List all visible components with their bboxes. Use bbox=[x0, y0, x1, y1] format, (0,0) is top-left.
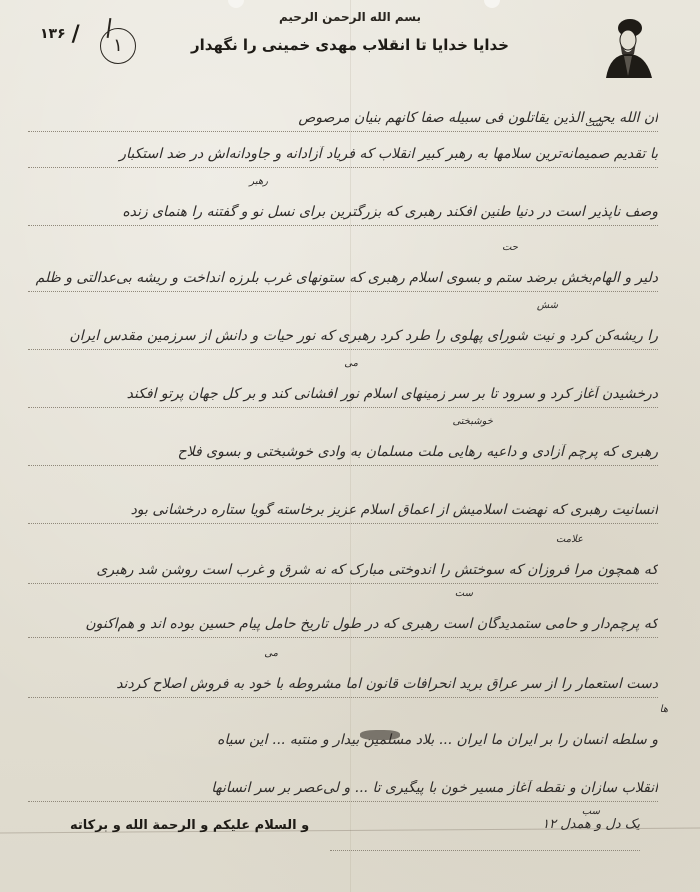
dotted-rule bbox=[28, 637, 658, 638]
letter-line-text: دلیر و الهام‌بخش برضد ستم و بسوی اسلام ر… bbox=[28, 270, 658, 286]
letter-page: بسم الله الرحمن الرحیم خدایا خدایا تا ان… bbox=[0, 0, 700, 892]
interlinear-note: می bbox=[344, 358, 358, 369]
letter-line: می درخشیدن آغاز کرد و سرود تا بر سر زمین… bbox=[28, 358, 658, 408]
bismillah-header: بسم الله الرحمن الرحیم bbox=[0, 10, 700, 24]
interlinear-note: شش bbox=[537, 300, 558, 311]
signature: سب یک دل و همدل ۱۲ bbox=[450, 806, 640, 832]
letter-line-text: و سلطه انسان را بر ایران ما ایران ... بل… bbox=[28, 732, 658, 748]
letter-line-text: که پرچم‌دار و حامی ستمدیدگان است رهبری ک… bbox=[28, 616, 658, 632]
hole-punch-right bbox=[484, 0, 500, 8]
letter-line: خوشبختی رهبری که پرچم آزادی و داعیه رهای… bbox=[28, 416, 658, 466]
interlinear-note: می bbox=[264, 648, 278, 659]
dotted-rule bbox=[28, 697, 658, 698]
letter-line-text: رهبری که پرچم آزادی و داعیه رهایی ملت مس… bbox=[28, 444, 658, 460]
dotted-rule bbox=[28, 801, 658, 802]
letter-line-text: با تقدیم صمیمانه‌ترین سلامها به رهبر کبی… bbox=[28, 146, 658, 162]
page-mark-circled: ۱ bbox=[100, 28, 136, 64]
document-number: ۱۳۶/ bbox=[40, 22, 86, 47]
interlinear-note: ست bbox=[585, 118, 603, 129]
letter-line: رهبر وصف ناپذیر است در دنیا طنین افکند ر… bbox=[28, 176, 658, 226]
letter-line: شش را ریشه‌کن کرد و نیت شورای پهلوی را ط… bbox=[28, 300, 658, 350]
ink-scribble bbox=[360, 730, 400, 740]
letter-line: ست با تقدیم صمیمانه‌ترین سلامها به رهبر … bbox=[28, 118, 658, 168]
letter-line: حت دلیر و الهام‌بخش برضد ستم و بسوی اسلا… bbox=[28, 242, 658, 292]
interlinear-note: ها bbox=[660, 704, 668, 715]
letter-line-text: وصف ناپذیر است در دنیا طنین افکند رهبری … bbox=[28, 204, 658, 220]
dotted-rule bbox=[28, 291, 658, 292]
dotted-rule bbox=[28, 167, 658, 168]
signature-text: یک دل و همدل ۱۲ bbox=[450, 817, 640, 832]
interlinear-note: خوشبختی bbox=[452, 416, 493, 427]
slash-separator: / bbox=[72, 22, 80, 47]
letter-line: می دست استعمار را از سر عراق برید انحراف… bbox=[28, 648, 658, 698]
letter-line-text: انقلاب سازان و نقطه آغاز مسیر خون با پیگ… bbox=[28, 780, 658, 796]
dotted-rule bbox=[28, 465, 658, 466]
interlinear-note: رهبر bbox=[249, 176, 268, 187]
letter-line: انسانیت رهبری که نهضت اسلامیش از اعماق ا… bbox=[28, 474, 658, 524]
dotted-rule bbox=[28, 407, 658, 408]
signature-note: سب bbox=[450, 806, 640, 817]
closing-salutation: و السلام علیکم و الرحمة الله و برکاته bbox=[70, 818, 309, 833]
letter-line-text: دست استعمار را از سر عراق برید انحرافات … bbox=[28, 676, 658, 692]
letter-line-text: درخشیدن آغاز کرد و سرود تا بر سر زمینهای… bbox=[28, 386, 658, 402]
letter-line: علامت که همچون مرا فروزان که سوختش را ان… bbox=[28, 534, 658, 584]
letter-line-text: که همچون مرا فروزان که سوختش را اندوختی … bbox=[28, 562, 658, 578]
letter-line-text: را ریشه‌کن کرد و نیت شورای پهلوی را طرد … bbox=[28, 328, 658, 344]
signature-dotted-rule bbox=[330, 850, 640, 851]
hole-punch-left bbox=[228, 0, 244, 8]
cleric-portrait-icon bbox=[600, 18, 656, 78]
letter-line: ها و سلطه انسان را بر ایران ما ایران ...… bbox=[28, 704, 658, 754]
interlinear-note: علامت bbox=[556, 534, 583, 545]
document-number-value: ۱۳۶ bbox=[40, 26, 66, 42]
dotted-rule bbox=[28, 583, 658, 584]
dotted-rule bbox=[28, 349, 658, 350]
letter-line: انقلاب سازان و نقطه آغاز مسیر خون با پیگ… bbox=[28, 752, 658, 802]
dotted-rule bbox=[28, 523, 658, 524]
dotted-rule bbox=[28, 225, 658, 226]
interlinear-note: حت bbox=[502, 242, 518, 253]
letter-line: ست که پرچم‌دار و حامی ستمدیدگان است رهبر… bbox=[28, 588, 658, 638]
interlinear-note: ست bbox=[455, 588, 473, 599]
letterhead-slogan: خدایا خدایا تا انقلاب مهدی خمینی را نگهد… bbox=[150, 36, 550, 54]
letter-line-text: انسانیت رهبری که نهضت اسلامیش از اعماق ا… bbox=[28, 502, 658, 518]
